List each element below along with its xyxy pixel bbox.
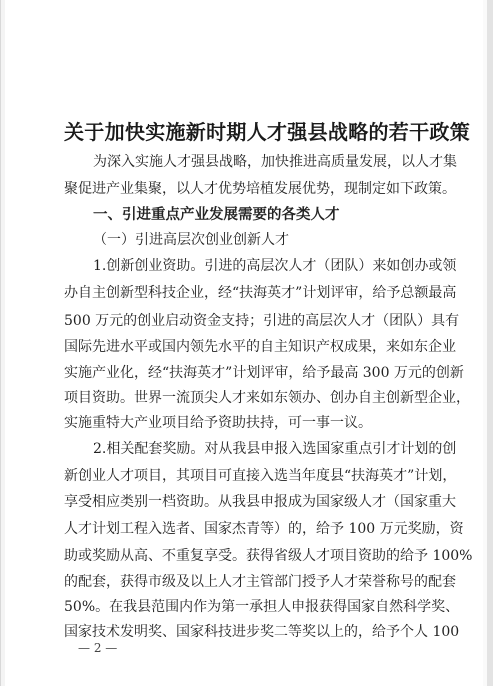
item-1-line-3: 500 万元的创业启动资金支持；引进的高层次人才（团队）具有 [64,312,426,330]
item-1-line-6: 项目资助。世界一流顶尖人才来如东领办、创办自主创新型企业， [64,389,426,407]
section-heading-1: 一、引进重点产业发展需要的各类人才 [93,206,426,224]
item-2-line-3: 享受相应类别一档资助。从我县申报成为国家级人才（国家重大 [64,493,426,511]
item-2-line-2: 新创业人才项目，其项目可直接入选当年度县“扶海英才”计划， [64,467,426,485]
item-2-line-7: 50%。在我县范围内作为第一承担人申报获得国家自然科学奖、 [64,598,426,616]
item-1-line-5: 实施产业化，经“扶海英才”计划评审，给予最高 300 万元的创新 [64,364,426,382]
item-2-line-4: 人才计划工程入选者、国家杰青等）的，给予 100 万元奖励，资 [64,520,426,538]
item-2-line-8: 国家技术发明奖、国家科技进步奖二等奖以上的，给予个人 100 [64,623,426,641]
item-1-line-7: 实施重特大产业项目给予资助扶持，可一事一议。 [64,414,426,432]
item-1-line-4: 国际先进水平或国内领先水平的自主知识产权成果，来如东企业 [64,338,426,356]
paragraph-intro-line-1: 为深入实施人才强县战略，加快推进高质量发展，以人才集 [93,153,426,171]
document-title: 关于加快实施新时期人才强县战略的若干政策 [64,116,426,145]
item-2-line-6: 的配套，获得市级及以上人才主管部门授予人才荣誉称号的配套 [64,573,426,591]
vertical-scrollbar[interactable] [487,0,493,686]
subsection-heading-1: （一）引进高层次创业创新人才 [93,231,426,249]
page-number: — 2 — [78,641,117,655]
item-1-line-1: 1.创新创业资助。引进的高层次人才（团队）来如创办或领 [93,257,426,275]
item-2-line-1: 2.相关配套奖励。对从我县申报入选国家重点引才计划的创 [93,440,426,458]
paragraph-intro-line-2: 聚促进产业集聚，以人才优势培植发展优势，现制定如下政策。 [64,180,426,198]
item-1-line-2: 办自主创新型科技企业，经“扶海英才”计划评审，给予总额最高 [64,284,426,302]
item-2-line-5: 助或奖励从高、不重复享受。获得省级人才项目资助的给予 100% [64,547,426,565]
